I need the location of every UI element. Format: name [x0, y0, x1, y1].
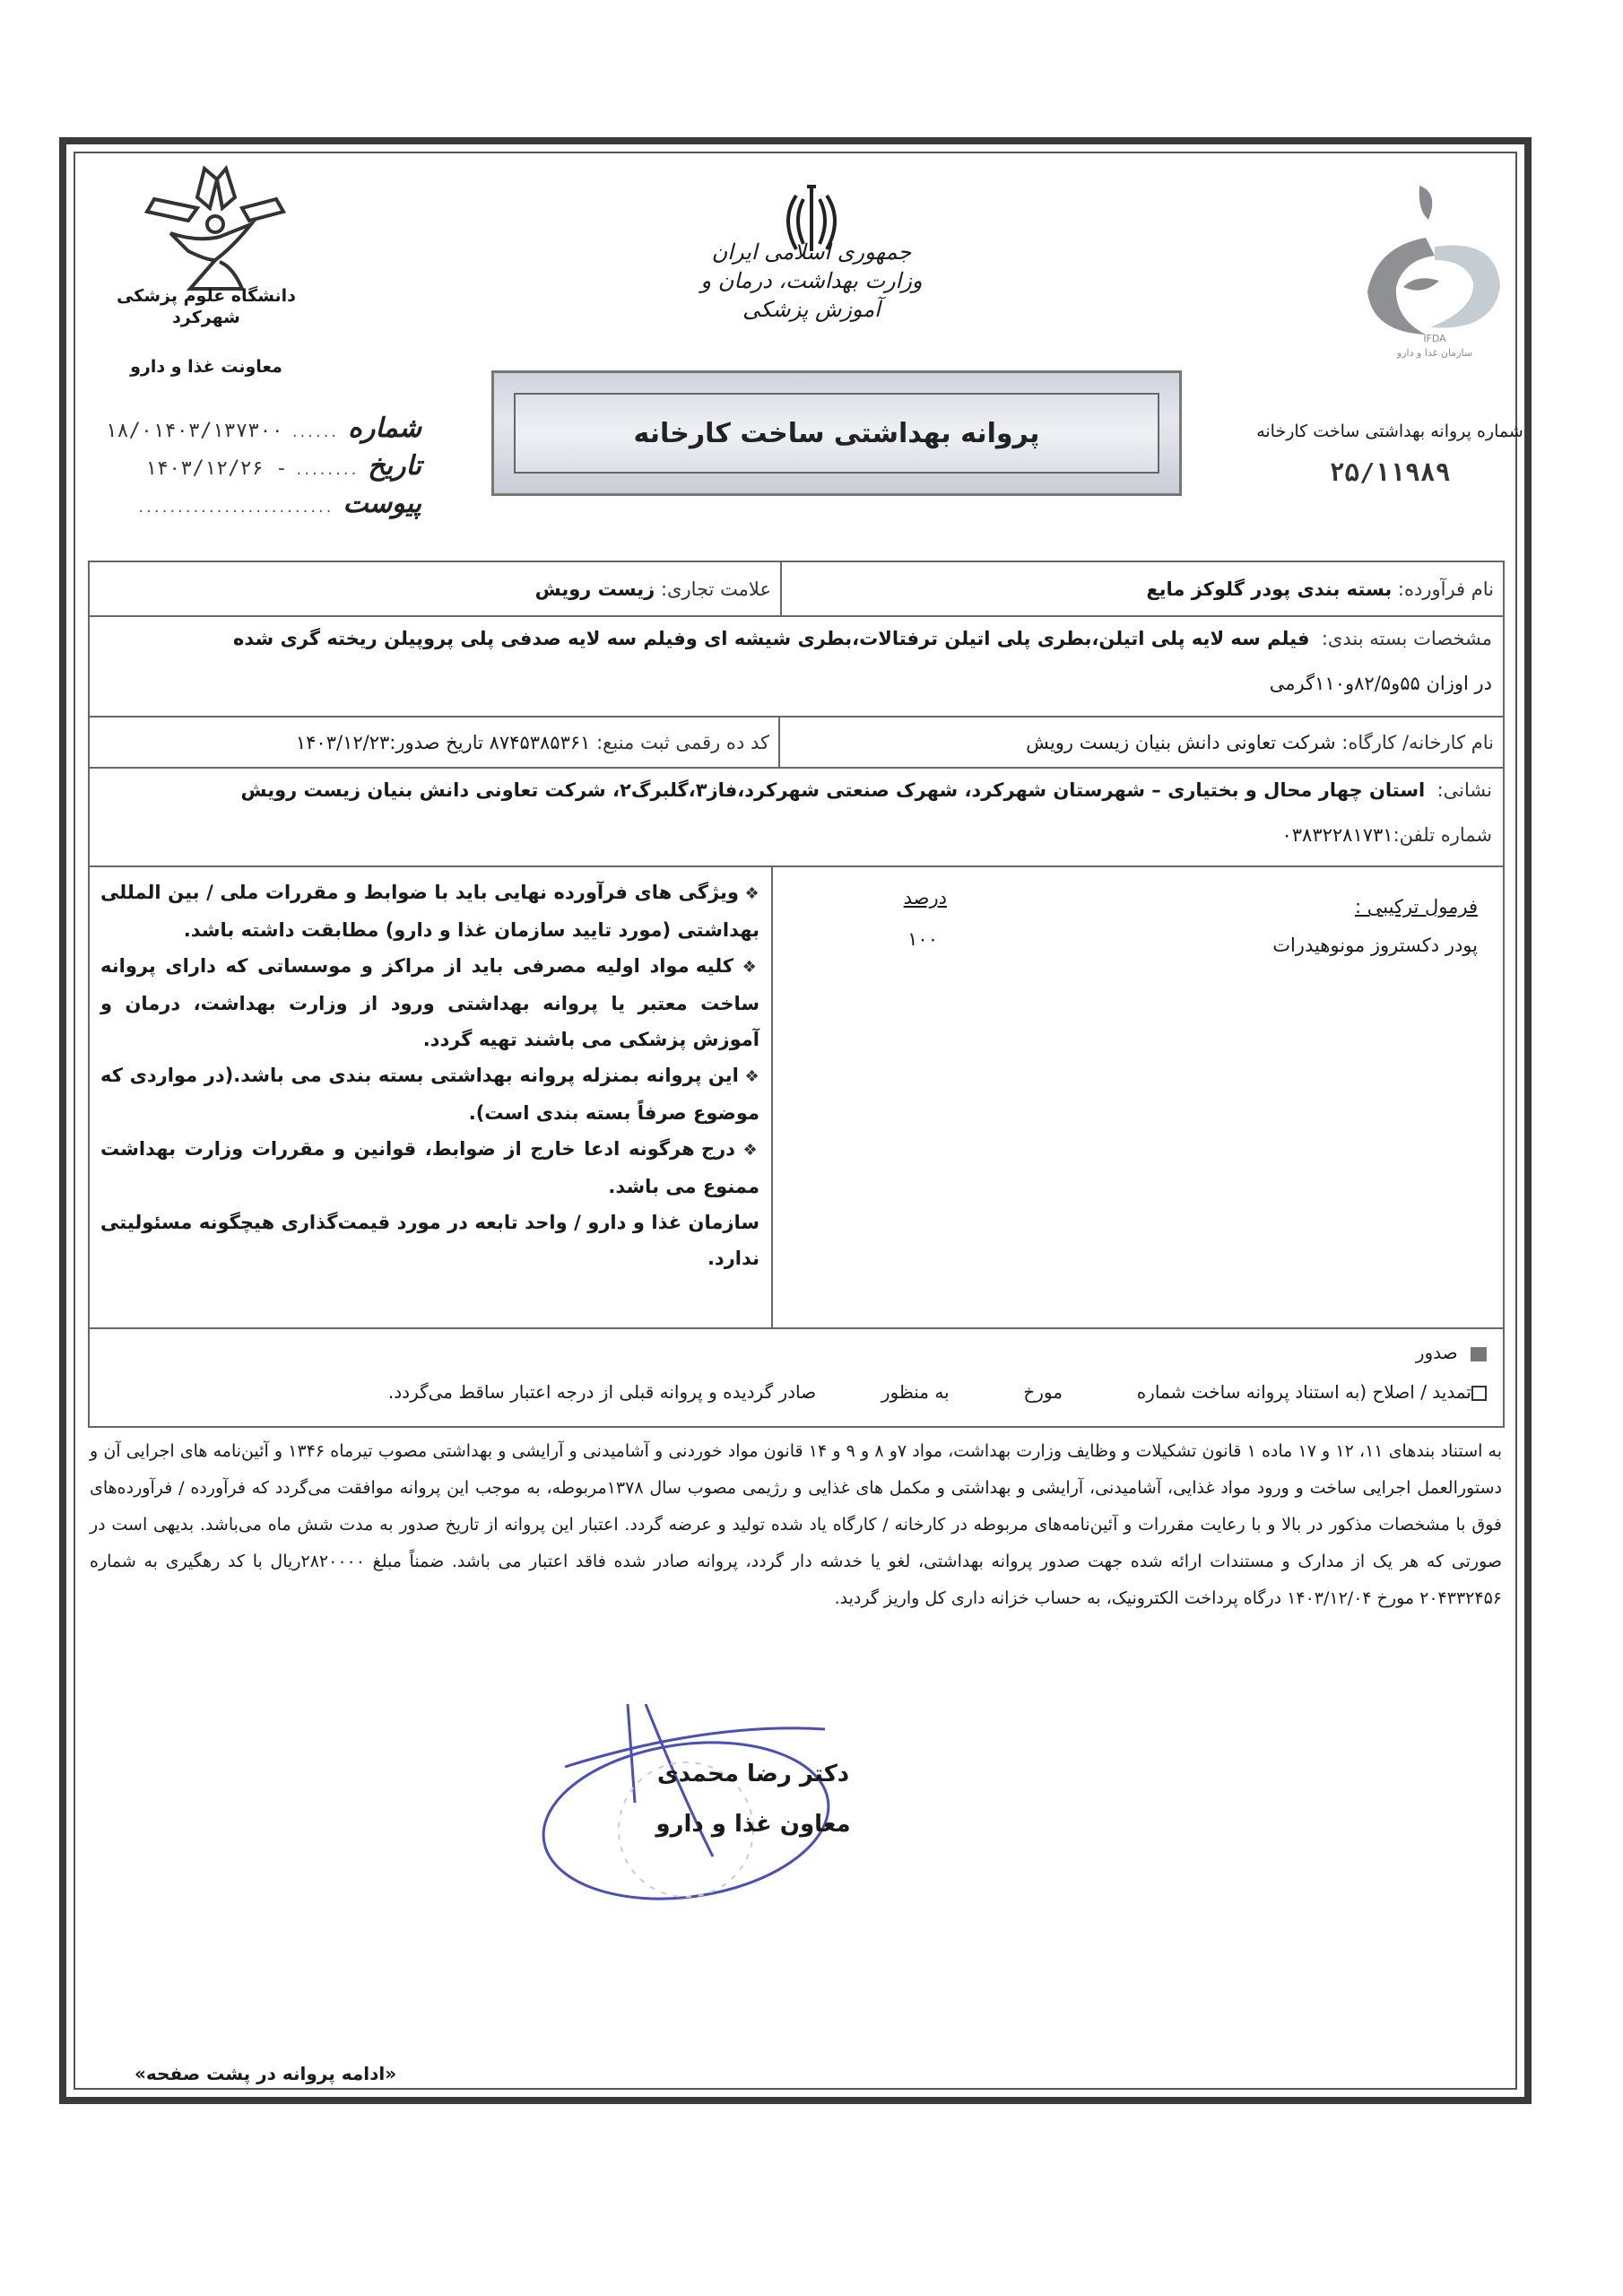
formula-percent-header: درصد [904, 887, 947, 909]
factory-cell: نام کارخانه/ کارگاه: شرکت تعاونی دانش بن… [777, 717, 1503, 767]
reference-date-value: ۱۴۰۳/۱۲/۲۶ - [145, 457, 288, 480]
formula-item-percent: ۱۰۰ [907, 928, 938, 950]
issue-date-value: ۱۴۰۳/۱۲/۲۳ [296, 732, 389, 753]
note-text: درج هرگونه ادعا خارج از ضوابط، قوانین و … [100, 1138, 759, 1197]
dated-label: مورخ [1023, 1381, 1063, 1403]
reference-number-label: شماره [348, 413, 421, 444]
diamond-bullet-icon: ❖ [733, 958, 759, 977]
note-item: ❖ ویژگی های فرآورده نهایی باید با ضوابط … [100, 874, 759, 948]
reference-dots: ...... [292, 422, 339, 441]
source-code-cell: کد ده رقمی ثبت منبع: ۸۷۴۵۳۸۵۳۶۱ تاریخ صد… [90, 717, 778, 767]
reference-date-label: تاریخ [368, 450, 421, 482]
address-line: نشانی: استان چهار محال و بختیاری – شهرست… [100, 779, 1492, 801]
university-tree-logo-icon [135, 161, 296, 296]
university-name-line2: شهرکرد [99, 307, 314, 328]
packaging-label: مشخصات بسته بندی: [1322, 628, 1492, 649]
ministry-name: وزارت بهداشت، درمان و آموزش پزشکی [699, 266, 924, 324]
issue-date-label: تاریخ صدور: [389, 732, 483, 753]
signatory: دکتر رضا محمدی معاون غذا و دارو [619, 1749, 888, 1849]
note-text: کلیه مواد اولیه مصرفی باید از مراکز و مو… [100, 955, 759, 1050]
title-inner: پروانه بهداشتی ساخت کارخانه [514, 393, 1159, 474]
reference-dots: ........ [297, 460, 360, 479]
address-value: استان چهار محال و بختیاری – شهرستان شهرک… [241, 779, 1426, 801]
diamond-bullet-icon: ❖ [739, 1067, 759, 1086]
legal-paragraph: به استناد بندهای ۱۱، ۱۲ و ۱۷ ماده ۱ قانو… [90, 1433, 1502, 1617]
diamond-bullet-icon: ❖ [739, 884, 759, 903]
packaging-line2: در اوزان ۵۵و۸۲/۵و۱۱۰گرمی [1270, 673, 1492, 694]
renewal-text: تمدید / اصلاح (به استناد پروانه ساخت شما… [1137, 1381, 1471, 1403]
reference-attachment-label: پیوست [343, 488, 422, 519]
ifda-logo-icon [1341, 175, 1520, 354]
packaging-line1: مشخصات بسته بندی: فیلم سه لایه پلی اتیلن… [100, 628, 1492, 649]
phone-value: ۰۳۸۳۲۲۸۱۷۳۱ [1281, 824, 1393, 846]
reference-block: شماره ...... ۱۸/۰۱۴۰۳/۱۳۷۳۰۰ تاریخ .....… [99, 413, 421, 526]
note-item: ❖ کلیه مواد اولیه مصرفی باید از مراکز و … [100, 948, 759, 1057]
reference-attachment-value: ......................... [138, 498, 334, 517]
row-formula-notes: فرمول ترکیبی : درصد پودر دکستروز مونوهید… [88, 867, 1505, 1329]
renewal-checkbox[interactable] [1471, 1386, 1487, 1401]
signatory-title: معاون غذا و دارو [619, 1799, 888, 1849]
issue-option[interactable]: صدور [1416, 1342, 1487, 1363]
factory-label: نام کارخانه/ کارگاه: [1341, 732, 1494, 753]
note-item: ❖ این پروانه بمنزله پروانه بهداشتی بسته … [100, 1057, 759, 1131]
formula-section: فرمول ترکیبی : درصد پودر دکستروز مونوهید… [769, 867, 1503, 1327]
note-closing: سازمان غذا و دارو / واحد تابعه در مورد ق… [100, 1205, 759, 1276]
phone-line: شماره تلفن:۰۳۸۳۲۲۸۱۷۳۱ [1281, 824, 1492, 846]
title-box: پروانه بهداشتی ساخت کارخانه [491, 370, 1182, 496]
diamond-bullet-icon: ❖ [735, 1141, 759, 1160]
factory-value: شرکت تعاونی دانش بنیان زیست رویش [1026, 732, 1335, 753]
page-title: پروانه بهداشتی ساخت کارخانه [634, 418, 1040, 449]
address-label: نشانی: [1437, 779, 1492, 801]
reference-attachment-row: پیوست ......................... [99, 488, 421, 526]
trademark-cell: علامت تجاری: زیست رویش [90, 562, 780, 615]
signatory-name: دکتر رضا محمدی [619, 1749, 888, 1799]
university-name-line1: دانشگاه علوم پزشکی [99, 285, 314, 307]
note-item: ❖ درج هرگونه ادعا خارج از ضوابط، قوانین … [100, 1131, 759, 1205]
issue-label: صدور [1416, 1342, 1458, 1363]
license-number-label: شماره پروانه بهداشتی ساخت کارخانه [1228, 422, 1551, 441]
product-name-cell: نام فرآورده: بسته بندی پودر گلوکز مایع [778, 562, 1503, 615]
issue-checkbox-checked[interactable] [1471, 1347, 1487, 1361]
note-text: این پروانه بمنزله پروانه بهداشتی بسته بن… [100, 1065, 759, 1124]
row-product: نام فرآورده: بسته بندی پودر گلوکز مایع ع… [88, 561, 1505, 617]
license-number-value: ۲۵/۱۱۹۸۹ [1282, 457, 1497, 487]
ifda-caption-en: IFDA [1354, 332, 1515, 346]
ifda-caption-fa: سازمان غذا و دارو [1354, 346, 1515, 361]
reference-number-value: ۱۸/۰۱۴۰۳/۱۳۷۳۰۰ [105, 420, 283, 442]
trademark-value: زیست رویش [535, 578, 655, 600]
republic-name: جمهوری اسلامی ایران [699, 238, 924, 266]
product-name-value: بسته بندی پودر گلوکز مایع [1146, 578, 1392, 600]
row-packaging: مشخصات بسته بندی: فیلم سه لایه پلی اتیلن… [88, 617, 1505, 717]
republic-header: جمهوری اسلامی ایران وزارت بهداشت، درمان … [699, 238, 924, 324]
continued-note: «ادامه پروانه در پشت صفحه» [135, 2063, 396, 2084]
source-code-value: ۸۷۴۵۳۸۵۳۶۱ [490, 732, 591, 753]
reference-number-row: شماره ...... ۱۸/۰۱۴۰۳/۱۳۷۳۰۰ [99, 413, 421, 450]
note-text: ویژگی های فرآورده نهایی باید با ضوابط و … [100, 882, 759, 941]
row-factory: نام کارخانه/ کارگاه: شرکت تعاونی دانش بن… [88, 717, 1505, 769]
purpose-label: به منظور [881, 1381, 950, 1403]
row-status: صدور تمدید / اصلاح (به استناد پروانه ساخ… [88, 1329, 1505, 1428]
notes-section: ❖ ویژگی های فرآورده نهایی باید با ضوابط … [100, 874, 759, 1276]
reference-date-row: تاریخ ........ ۱۴۰۳/۱۲/۲۶ - [99, 450, 421, 488]
phone-label: شماره تلفن: [1393, 824, 1492, 846]
ifda-caption: IFDA سازمان غذا و دارو [1354, 332, 1515, 361]
formula-header: فرمول ترکیبی : [1355, 896, 1478, 918]
renewal-tail: صادر گردیده و پروانه قبلی از درجه اعتبار… [388, 1381, 816, 1403]
university-name: دانشگاه علوم پزشکی شهرکرد [99, 285, 314, 328]
trademark-label: علامت تجاری: [661, 578, 771, 600]
renewal-option[interactable]: تمدید / اصلاح (به استناد پروانه ساخت شما… [388, 1381, 1487, 1403]
row-address: نشانی: استان چهار محال و بختیاری – شهرست… [88, 769, 1505, 867]
product-name-label: نام فرآورده: [1398, 578, 1494, 600]
formula-item-name: پودر دکستروز مونوهیدرات [1272, 935, 1478, 956]
source-code-label: کد ده رقمی ثبت منبع: [596, 732, 769, 753]
university-department: معاونت غذا و دارو [99, 357, 314, 377]
packaging-value: فیلم سه لایه پلی اتیلن،بطری پلی اتیلن تر… [233, 628, 1309, 649]
